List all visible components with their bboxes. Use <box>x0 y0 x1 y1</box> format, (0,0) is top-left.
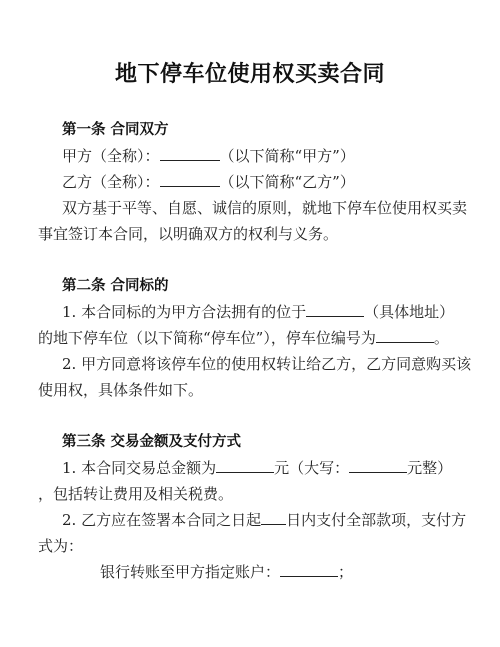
party-b-label: 乙方（全称）： <box>62 173 160 191</box>
section-1-paragraph-line-1: 双方基于平等、自愿、诚信的原则，就地下停车位使用权买卖 <box>62 198 467 218</box>
payment-deadline-text: 2. 乙方应在签署本合同之日起 <box>62 511 261 529</box>
section-3-heading: 第三条 交易金额及支付方式 <box>62 432 241 452</box>
section-1-heading: 第一条 合同双方 <box>62 120 169 140</box>
section-3-item-2-line-1: 2. 乙方应在签署本合同之日起日内支付全部款项，支付方 <box>62 510 466 530</box>
amount-words-blank[interactable] <box>349 458 407 473</box>
party-a-name-blank[interactable] <box>160 146 220 161</box>
party-a-line: 甲方（全称）：（以下简称“甲方”） <box>62 146 355 166</box>
section-3-item-1-line-1: 1. 本合同交易总金额为元（大写：元整） <box>62 458 452 478</box>
section-3-item-1-line-2: ，包括转让费用及相关税费。 <box>38 484 233 504</box>
section-2-item-2-line-1: 2. 甲方同意将该停车位的使用权转让给乙方，乙方同意购买该 <box>62 354 471 374</box>
amount-words-label: 元（大写： <box>274 459 349 477</box>
amount-words-suffix: 元整） <box>407 459 452 477</box>
section-1-paragraph-line-2: 事宜签订本合同，以明确双方的权利与义务。 <box>38 224 338 244</box>
amount-blank[interactable] <box>216 458 274 473</box>
section-2-item-2-line-2: 使用权，具体条件如下。 <box>38 380 203 400</box>
address-blank[interactable] <box>306 302 364 317</box>
section-3-item-2-line-2: 式为： <box>38 536 83 556</box>
party-b-line: 乙方（全称）：（以下简称“乙方”） <box>62 172 355 192</box>
total-amount-text: 1. 本合同交易总金额为 <box>62 459 216 477</box>
address-note: （具体地址） <box>364 303 454 321</box>
payment-deadline-suffix: 日内支付全部款项，支付方 <box>286 511 466 529</box>
document-title: 地下停车位使用权买卖合同 <box>0 62 500 88</box>
item-1-text: 1. 本合同标的为甲方合法拥有的位于 <box>62 303 306 321</box>
section-2-item-1-line-1: 1. 本合同标的为甲方合法拥有的位于（具体地址） <box>62 302 454 322</box>
party-a-alias: （以下简称“甲方”） <box>220 147 355 165</box>
bank-transfer-label: 银行转账至甲方指定账户： <box>100 563 280 581</box>
party-b-alias: （以下简称“乙方”） <box>220 173 355 191</box>
payment-method-line: 银行转账至甲方指定账户：； <box>100 562 353 582</box>
semicolon: ； <box>338 563 353 581</box>
party-a-label: 甲方（全称）： <box>62 147 160 165</box>
section-2-heading: 第二条 合同标的 <box>62 276 169 296</box>
party-b-name-blank[interactable] <box>160 172 220 187</box>
parking-number-blank[interactable] <box>376 328 434 343</box>
period: 。 <box>434 329 449 347</box>
parking-space-text: 的地下停车位（以下简称“停车位”），停车位编号为 <box>38 329 376 347</box>
section-2-item-1-line-2: 的地下停车位（以下简称“停车位”），停车位编号为。 <box>38 328 449 348</box>
days-blank[interactable] <box>261 510 286 525</box>
account-blank[interactable] <box>280 562 338 577</box>
